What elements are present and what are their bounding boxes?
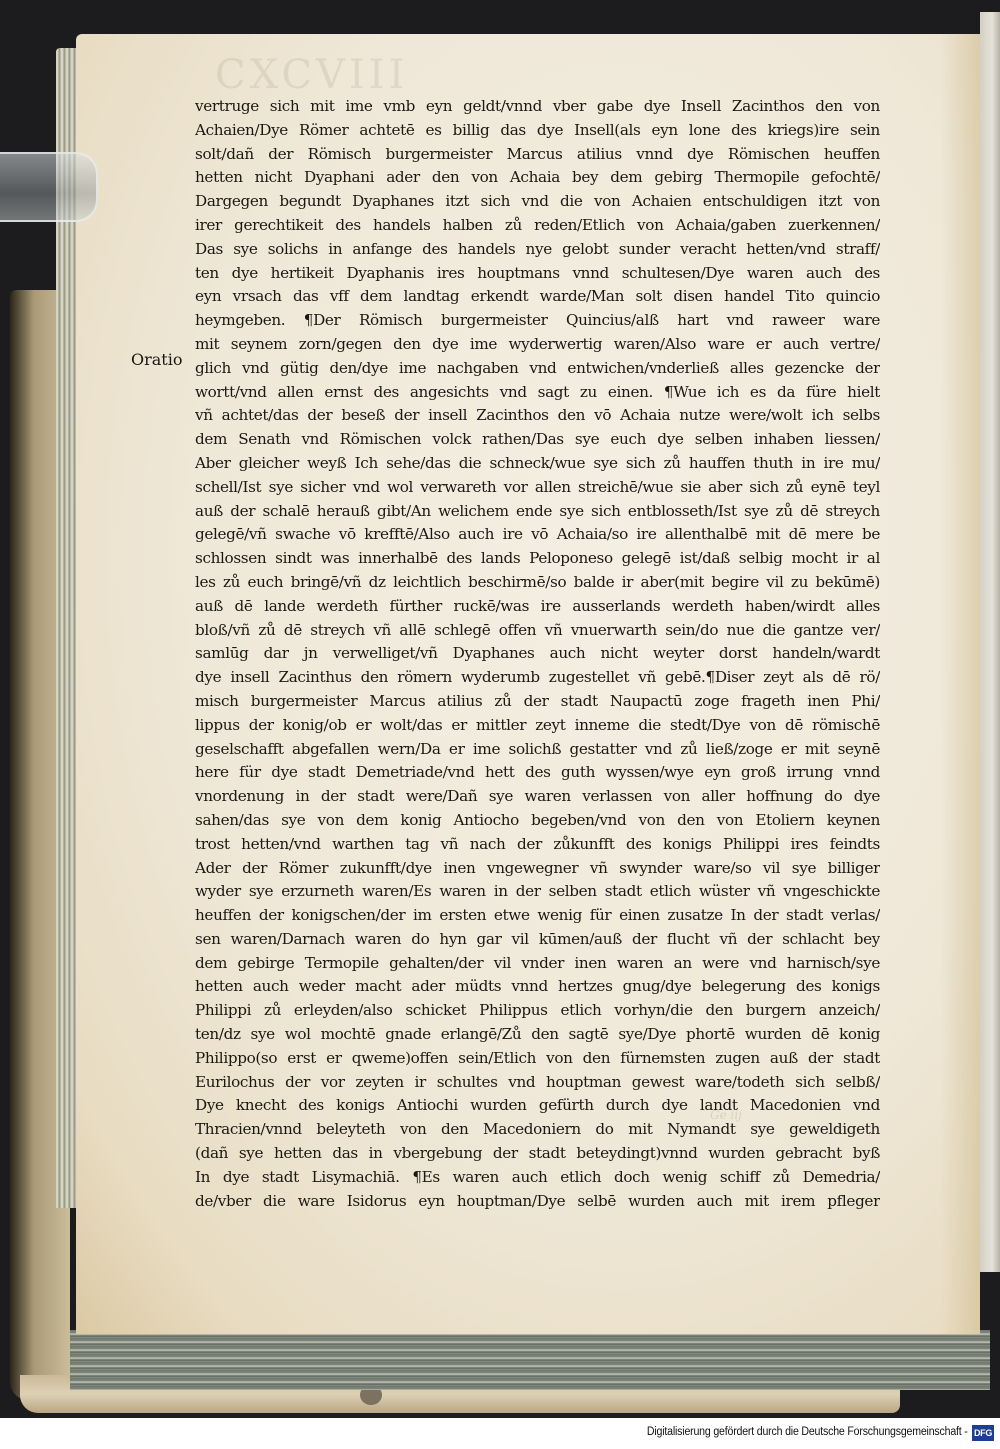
text-line: Dargegen begundt Dyaphanes itzt sich vnd… — [195, 190, 880, 214]
text-line: geselschafft abgefallen wern/Da er ime s… — [195, 738, 880, 762]
marginal-note: Oratio — [131, 350, 182, 369]
text-line: heymgeben. ¶Der Römisch burgermeister Qu… — [195, 309, 880, 333]
book-scan: CXCVIII Oratio vertruge sich mit ime vmb… — [0, 0, 1000, 1418]
text-line: dye insell Zacinthus den römern wyderumb… — [195, 666, 880, 690]
text-line: sahen/das sye von dem konig Antiocho beg… — [195, 809, 880, 833]
text-line: Philippi zů erleyden/also schicket Phili… — [195, 999, 880, 1023]
text-line: vñ achtet/das der beseß der insell Zacin… — [195, 404, 880, 428]
text-line: here für dye stadt Demetriade/vnd hett d… — [195, 761, 880, 785]
text-line: Eurilochus der vor zeyten ir schultes vn… — [195, 1071, 880, 1095]
text-line: In dye stadt Lisymachiā. ¶Es waren auch … — [195, 1166, 880, 1190]
text-line: Philippo(so erst er qweme)offen sein/Etl… — [195, 1047, 880, 1071]
text-line: ten dye hertikeit Dyaphanis ires houptma… — [195, 262, 880, 286]
text-line: heuffen der konigschen/der im ersten etw… — [195, 904, 880, 928]
text-line: wyder sye erzurneth waren/Es waren in de… — [195, 880, 880, 904]
text-line: hetten auch weder macht ader müdts vnnd … — [195, 975, 880, 999]
text-line: bloß/vñ zů dē streych vñ allē schlegē of… — [195, 619, 880, 643]
text-line: auß der schalē herauß gibt/An welichem e… — [195, 500, 880, 524]
text-line: dem Senath vnd Römischen volck rathen/Da… — [195, 428, 880, 452]
right-spine-edge — [980, 12, 1000, 1272]
text-line: glich vnd gütig den/dye ime nachgaben vn… — [195, 357, 880, 381]
text-line: sen waren/Darnach waren do hyn gar vil k… — [195, 928, 880, 952]
text-line: vertruge sich mit ime vmb eyn geldt/vnnd… — [195, 95, 880, 119]
text-line: Dye knecht des konigs Antiochi wurden ge… — [195, 1094, 880, 1118]
text-line: Ader der Römer zukunfft/dye inen vngeweg… — [195, 857, 880, 881]
text-line: schlossen sindt was innerhalbē des lands… — [195, 547, 880, 571]
show-through-signature: Ge iij — [710, 1108, 742, 1122]
text-line: Aber gleicher weyß Ich sehe/das die schn… — [195, 452, 880, 476]
text-line: Thracien/vnnd beleyteth von den Macedoni… — [195, 1118, 880, 1142]
text-line: mit seynem zorn/gegen den dye ime wyderw… — [195, 333, 880, 357]
text-line: samlūg dar jn verwelliget/vñ Dyaphanes a… — [195, 642, 880, 666]
text-line: les zů euch bringē/vñ dz leichtlich besc… — [195, 571, 880, 595]
show-through-header: CXCVIII — [215, 52, 408, 98]
text-line: Achaien/Dye Römer achtetē es billig das … — [195, 119, 880, 143]
text-line: ten/dz sye wol mochtē gnade erlangē/Zů d… — [195, 1023, 880, 1047]
text-line: hetten nicht Dyaphani ader den von Achai… — [195, 166, 880, 190]
text-line: trost hetten/vnd warthen tag vñ nach der… — [195, 833, 880, 857]
text-line: solt/dañ der Römisch burgermeister Marcu… — [195, 143, 880, 167]
text-line: schell/Ist sye sicher vnd wol verwareth … — [195, 476, 880, 500]
text-line: vnordenung in der stadt were/Dañ sye war… — [195, 785, 880, 809]
text-line: auß dē lande werdeth fürther ruckē/was i… — [195, 595, 880, 619]
text-line: irer gerechtikeit des handels halben zů … — [195, 214, 880, 238]
text-line: Das sye solichs in anfange des handels n… — [195, 238, 880, 262]
bottom-page-edges — [70, 1330, 990, 1390]
footer-bar: Digitalisierung gefördert durch die Deut… — [0, 1418, 1000, 1449]
text-line: de/vber die ware Isidorus eyn houptman/D… — [195, 1190, 880, 1214]
text-line: lippus der konig/ob er wolt/das er mittl… — [195, 714, 880, 738]
text-line: (dañ sye hetten das in vbergebung der st… — [195, 1142, 880, 1166]
text-line: misch burgermeister Marcus atilius zů de… — [195, 690, 880, 714]
glass-page-clip — [0, 152, 98, 222]
text-block: vertruge sich mit ime vmb eyn geldt/vnnd… — [195, 95, 880, 1213]
funding-credit: Digitalisierung gefördert durch die Deut… — [647, 1426, 968, 1438]
text-line: wortt/vnd allen ernst des angesichts vnd… — [195, 381, 880, 405]
dfg-logo-icon: DFG — [972, 1425, 994, 1441]
text-line: eyn vrsach das vff dem landtag erkendt w… — [195, 285, 880, 309]
text-line: gelegē/vñ swache vō krefftē/Also auch ir… — [195, 523, 880, 547]
text-line: dem gebirge Termopile gehalten/der vil v… — [195, 952, 880, 976]
